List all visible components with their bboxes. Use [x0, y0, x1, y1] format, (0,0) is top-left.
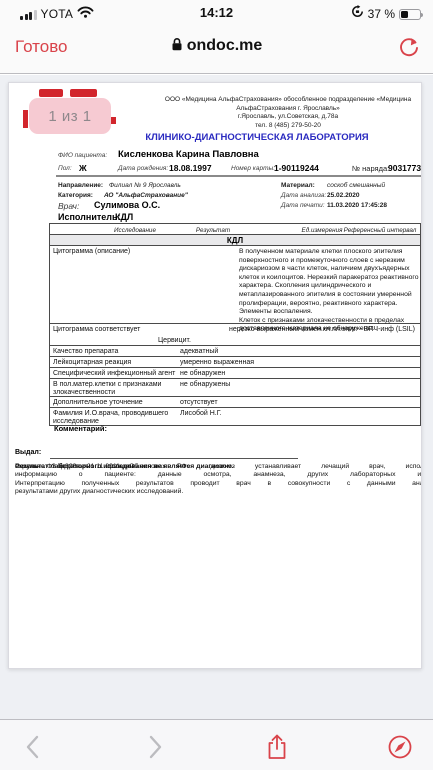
open-in-safari-button[interactable] [383, 733, 417, 763]
table-row: Специфический инфекционный агент не обна… [50, 368, 420, 379]
row-name: Цитограмма (описание) [53, 248, 179, 256]
doctor-label: Врач: [58, 201, 79, 211]
clinic-logo-fragment [111, 117, 116, 124]
print-date-label: Дата печати: [281, 202, 325, 209]
sex-value: Ж [79, 163, 87, 173]
battery-icon [399, 9, 421, 20]
row-result-2: Цервицит. [158, 337, 191, 344]
share-button[interactable] [260, 733, 294, 763]
document-scroll-area[interactable]: 1 из 1 ООО «Медицина АльфаСтрахования» о… [0, 75, 433, 719]
direction-label: Направление: [58, 182, 103, 189]
lock-icon [171, 37, 187, 54]
comment-label: Комментарий: [54, 424, 107, 433]
patient-name: Кисленкова Карина Павловна [118, 149, 259, 160]
clinic-phone-line: тел. 8 (485) 279-50-20 [149, 122, 422, 131]
url-text: ondoc.me [187, 37, 263, 54]
table-row: Цитограмма соответствует нерезко выражен… [50, 324, 420, 346]
executor-value: КДЛ [115, 212, 133, 222]
dob-label: Дата рождения: [118, 165, 168, 172]
row-name: Лейкоцитарная реакция [53, 359, 179, 367]
row-name: Специфический инфекционный агент [53, 370, 179, 378]
table-header-row: Исследование Результат Ед.измерения Рефе… [50, 224, 420, 235]
order-value: 90317739 [388, 163, 422, 173]
table-row: Дополнительное уточнение отсутствует [50, 397, 420, 408]
col-header-study: Исследование [114, 227, 156, 234]
doctor-value: Сулимова О.С. [94, 200, 160, 210]
table-row: Фамилия И.О.врача, проводившего исследов… [50, 408, 420, 425]
analysis-date-value: 25.02.2020 [327, 192, 360, 199]
analysis-date-label: Дата анализа: [281, 192, 326, 199]
issued-by-blank-line [50, 458, 298, 459]
issued-by-label: Выдал: [15, 449, 41, 456]
clinic-address-line: АльфаСтрахования г. Ярославль» [149, 105, 422, 114]
status-bar: YOTA 14:12 37 % [0, 0, 433, 25]
row-name: В пол.матер.клетки с признаками злокачес… [53, 381, 171, 397]
direction-value: Филиал № 9 Ярославль [109, 182, 181, 189]
dob-value: 18.08.1997 [169, 163, 212, 173]
row-result: не обнаружены [180, 381, 230, 388]
forward-button[interactable] [138, 733, 172, 763]
disclaimer-line: информацию о пациенте: данные осмотра, а… [15, 471, 422, 479]
executor-label: Исполнитель: [58, 212, 121, 222]
col-header-result: Результат [196, 227, 230, 234]
safari-toolbar [0, 719, 433, 770]
row-result: Лисобой Н.Г. [180, 410, 222, 417]
table-row: В пол.матер.клетки с признаками злокачес… [50, 379, 420, 397]
col-header-units: Ед.измерения [302, 227, 343, 234]
refresh-button[interactable] [395, 35, 423, 63]
disclaimer-line: Интерпретацию полученных результатов про… [15, 480, 422, 488]
material-label: Материал: [281, 182, 315, 189]
description-paragraph: Элементы воспаления. [239, 308, 420, 317]
row-result: умеренно выраженная [180, 359, 254, 366]
description-paragraph: В полученном материале клетки плоского э… [239, 248, 420, 308]
battery-percent-label: 37 % [368, 7, 395, 21]
row-result: адекватный [180, 348, 218, 355]
sex-label: Пол: [58, 165, 72, 172]
material-value: соскоб смешанный [327, 182, 385, 189]
category-value: АО "АльфаСтрахование" [104, 192, 188, 199]
row-result: нерезко выраженным измен.кл.пл.эпит. - В… [229, 326, 415, 333]
url-field[interactable]: ondoc.me [0, 37, 433, 55]
table-group-row: КДЛ [50, 235, 420, 246]
category-label: Категория: [58, 192, 93, 199]
order-label: № наряда: [352, 164, 389, 173]
results-table: Исследование Результат Ед.измерения Рефе… [49, 223, 421, 426]
table-row: Цитограмма (описание) В полученном матер… [50, 246, 420, 324]
row-name: Цитограмма соответствует [53, 326, 179, 334]
orientation-lock-icon [351, 5, 364, 23]
clinic-logo-fragment [70, 89, 97, 97]
clinic-logo-fragment [39, 89, 63, 97]
clinic-address-line: ООО «Медицина АльфаСтрахования» обособле… [149, 96, 422, 105]
clinic-address-line: г.Ярославль, ул.Советская, д.78а [149, 113, 422, 122]
print-date-value: 11.03.2020 17:45:28 [327, 202, 387, 209]
card-value: 1-90119244 [274, 163, 319, 173]
page-indicator-badge: 1 из 1 [29, 98, 111, 134]
row-name: Дополнительное уточнение [53, 399, 179, 407]
card-label: Номер карты: [231, 165, 275, 172]
row-name: Качество препарата [53, 348, 179, 356]
status-right: 37 % [351, 5, 421, 23]
patient-name-label: ФИО пациента: [58, 152, 107, 159]
row-result: не обнаружен [180, 370, 225, 377]
pdf-page: 1 из 1 ООО «Медицина АльфаСтрахования» о… [8, 82, 422, 669]
disclaimer-line: результатами других диагностических иссл… [15, 488, 422, 496]
divider [56, 175, 421, 177]
safari-nav-bar: Готово ondoc.me [0, 25, 433, 74]
disclaimer-text: Результат лабораторного исследования не … [15, 463, 422, 496]
row-result-description: В полученном материале клетки плоского э… [239, 248, 420, 334]
clinic-address-block: ООО «Медицина АльфаСтрахования» обособле… [149, 96, 422, 131]
iphone-screen: YOTA 14:12 37 % Готово ondoc.me [0, 0, 433, 770]
document-title: КЛИНИКО-ДИАГНОСТИЧЕСКАЯ ЛАБОРАТОРИЯ [117, 132, 397, 143]
disclaimer-rest: Согласно ФЗ №323 от 21.11.2011г. «Об осн… [15, 463, 166, 471]
clinic-logo-fragment [23, 110, 28, 128]
table-row: Качество препарата адекватный [50, 346, 420, 357]
col-header-reference: Референсный интервал [344, 227, 417, 234]
row-result: отсутствует [180, 399, 218, 406]
table-row: Лейкоцитарная реакция умеренно выраженна… [50, 357, 420, 368]
back-button[interactable] [16, 733, 50, 763]
